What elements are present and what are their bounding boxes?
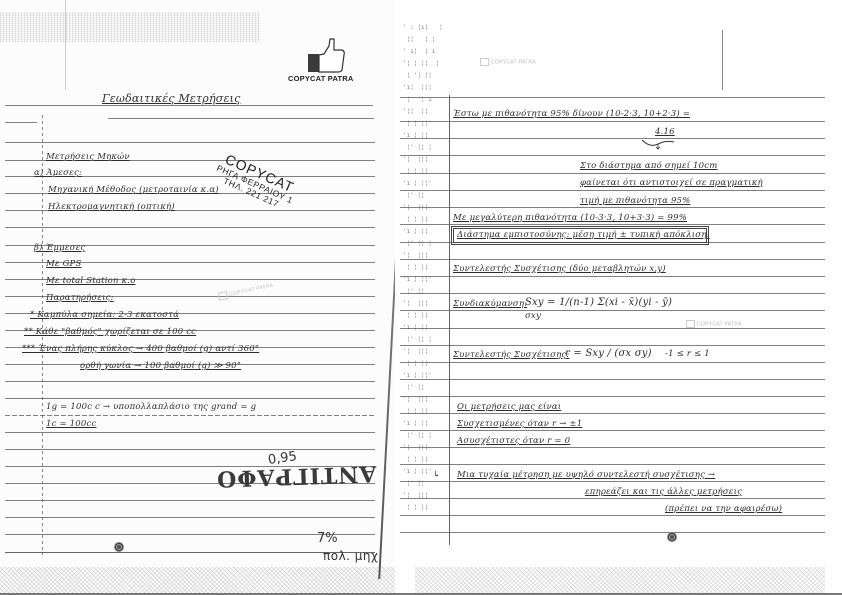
- antigrafo-stamp: ΑΝΤΙΓΡΑΦΟ: [216, 460, 377, 492]
- right-page: ' : ¦ı¦ ¦ ¦¦ ¦ ¦ ' ı¦ ¦ ı '¦ ¦ ¦¦ ¦ ¦ '¦…: [395, 0, 842, 595]
- signature: πολ. μηχ: [323, 549, 378, 563]
- formula: r = Sxy / (σx σy): [565, 348, 652, 359]
- page-title: Γεωδαιτικές Μετρήσεις: [102, 92, 240, 105]
- formula-range: -1 ≤ r ≤ 1: [665, 349, 710, 359]
- section-heading: Συντελεστής Συσχέτισης (δύο μεταβλητών x…: [453, 264, 666, 274]
- line-text: Παρατηρήσεις:: [46, 293, 114, 303]
- line-text: *** Ένας πλήρης κύκλος → 400 βαθμοί (g) …: [22, 344, 259, 354]
- line-text: Μετρήσεις Μηκών: [46, 152, 130, 162]
- line-text: β) Έμμεσες: [34, 243, 85, 253]
- line-text: * Καμπύλα σημεία: 2-3 εκατοστά: [30, 310, 179, 320]
- fold-line: [65, 0, 66, 90]
- watermark: COPYCAT PATRA: [686, 320, 742, 328]
- watermark: COPYCAT PATRA: [480, 58, 536, 66]
- definition-text: Διάστημα εμπιστοσύνης: μέση τιμή ± τυπικ…: [457, 230, 710, 240]
- watermark-icon: [218, 291, 228, 301]
- stamp-guide: [722, 30, 723, 90]
- brace-arrow-icon: [640, 138, 676, 150]
- line-text: φαίνεται ότι αντιστοιχεί σε πραγματική: [580, 178, 763, 188]
- line-text: Στο διάστημα από σημεί 10cm: [580, 161, 717, 171]
- line-text: επηρεάζει και τις άλλες μετρήσεις: [585, 487, 742, 497]
- margin-line: [449, 95, 450, 545]
- watermark-icon: [686, 320, 695, 328]
- logo-text: COPYCAT PATRA: [288, 74, 354, 83]
- line-text: α) Άμεσες:: [34, 168, 82, 178]
- line-text: 4.16: [655, 127, 675, 137]
- line-text: Ηλεκτρομαγνητική (οπτική): [48, 202, 175, 212]
- line-text: ** Κάθε "βαθμός" χωρίζεται σε 100 cc: [24, 327, 196, 337]
- formula-sub: σxy: [525, 311, 541, 321]
- watermark-icon: [480, 58, 489, 66]
- line-text: 1c = 100cc: [46, 419, 96, 429]
- line-text: Μια τυχαία μέτρηση με υψηλό συντελεστή σ…: [457, 470, 715, 480]
- line-text: Με GPS: [46, 259, 82, 269]
- arrow-bullet: ↳: [433, 470, 440, 480]
- scan-noise-bottom: [0, 567, 395, 593]
- left-page: COPYCAT PATRA Γεωδαιτικές Μετρήσεις Μετρ…: [0, 0, 395, 595]
- line-text: Συσχετισμένες όταν r → ±1: [457, 419, 582, 429]
- line-text: Με μεγαλύτερη πιθανότητα (10-3·3, 10+3·3…: [453, 213, 687, 223]
- line-text: Ασυσχέτιστες όταν r = 0: [457, 436, 570, 446]
- thumbs-up-icon: [296, 36, 348, 74]
- line-text: τιμή με πιθανότητα 95%: [580, 196, 690, 206]
- margin-specks: ' : ¦ı¦ ¦ ¦¦ ¦ ¦ ' ı¦ ¦ ı '¦ ¦ ¦¦ ¦ ¦ '¦…: [403, 22, 443, 514]
- seal-icon: [114, 542, 124, 552]
- line-text: Οι μετρήσεις μας είναι: [457, 402, 561, 412]
- page-mark: 7%: [317, 531, 338, 546]
- line-text: Με total Station κ.ο: [46, 276, 136, 286]
- formula: Sxy = 1/(n-1) Σ(xi - x̄)(yi - ȳ): [525, 297, 672, 308]
- line-text: (πρέπει να την αφαιρέσω): [665, 504, 782, 514]
- line-text: ορθή γωνία → 100 βαθμοί (g) ≫ 90°: [80, 361, 241, 371]
- seal-icon: [667, 532, 677, 542]
- line-text: Συντελεστής Συσχέτισης:: [453, 350, 569, 360]
- scan-noise: [0, 12, 260, 42]
- line-text: 1g = 100c c → υποπολλαπλάσιο της grand =…: [46, 402, 256, 412]
- line-text: Συνδιακύμανση:: [453, 299, 527, 309]
- watermark: COPYCAT PATRA: [218, 281, 274, 300]
- scan-noise-bottom: [415, 567, 825, 593]
- line-text: Έστω με πιθανότητα 95% δίνουν (10-2·3, 1…: [453, 109, 690, 119]
- line-text: Μηχανική Μέθοδος (μετροταινία κ.α): [48, 185, 219, 195]
